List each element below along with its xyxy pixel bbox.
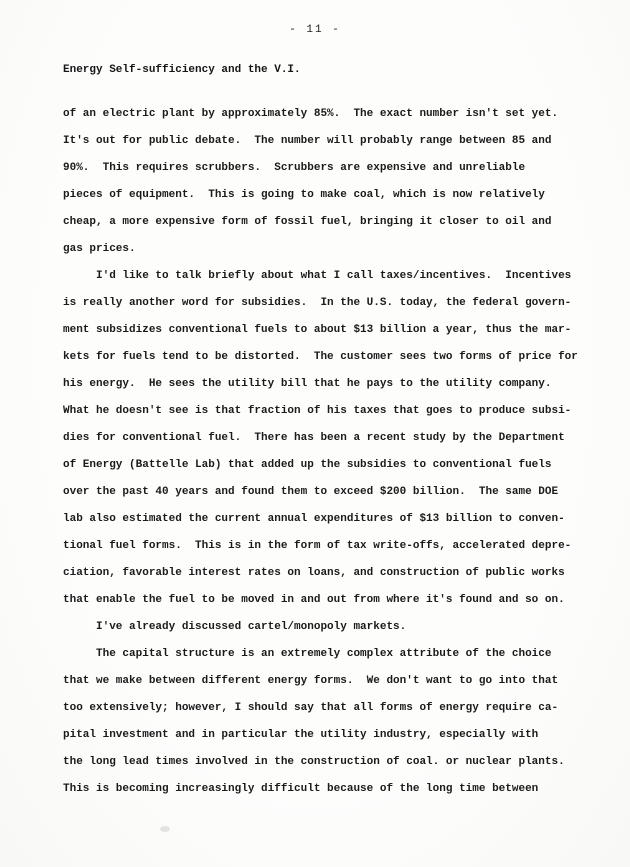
text-line: dies for conventional fuel. There has be… <box>63 425 603 452</box>
text-line: ment subsidizes conventional fuels to ab… <box>63 317 603 344</box>
text-line: over the past 40 years and found them to… <box>63 479 603 506</box>
text-line: lab also estimated the current annual ex… <box>63 506 603 533</box>
text-line: pital investment and in particular the u… <box>63 722 603 749</box>
text-line: I'd like to talk briefly about what I ca… <box>63 263 603 290</box>
text-line: tional fuel forms. This is in the form o… <box>63 533 603 560</box>
text-line: that enable the fuel to be moved in and … <box>63 587 603 614</box>
text-line: The capital structure is an extremely co… <box>63 641 603 668</box>
body-text: of an electric plant by approximately 85… <box>63 101 603 803</box>
text-line: kets for fuels tend to be distorted. The… <box>63 344 603 371</box>
text-line: the long lead times involved in the cons… <box>63 749 603 776</box>
text-line: This is becoming increasingly difficult … <box>63 776 603 803</box>
page-number: - 11 - <box>0 24 630 36</box>
document-page: - 11 - Energy Self-sufficiency and the V… <box>0 0 630 867</box>
scan-smudge <box>160 826 170 832</box>
text-line: too extensively; however, I should say t… <box>63 695 603 722</box>
running-header: Energy Self-sufficiency and the V.I. <box>63 64 301 76</box>
text-line: It's out for public debate. The number w… <box>63 128 603 155</box>
text-line: of an electric plant by approximately 85… <box>63 101 603 128</box>
text-line: What he doesn't see is that fraction of … <box>63 398 603 425</box>
text-line: 90%. This requires scrubbers. Scrubbers … <box>63 155 603 182</box>
text-line: ciation, favorable interest rates on loa… <box>63 560 603 587</box>
text-line: of Energy (Battelle Lab) that added up t… <box>63 452 603 479</box>
text-line: gas prices. <box>63 236 603 263</box>
text-line: his energy. He sees the utility bill tha… <box>63 371 603 398</box>
text-line: is really another word for subsidies. In… <box>63 290 603 317</box>
text-line: pieces of equipment. This is going to ma… <box>63 182 603 209</box>
text-line: I've already discussed cartel/monopoly m… <box>63 614 603 641</box>
text-line: that we make between different energy fo… <box>63 668 603 695</box>
text-line: cheap, a more expensive form of fossil f… <box>63 209 603 236</box>
